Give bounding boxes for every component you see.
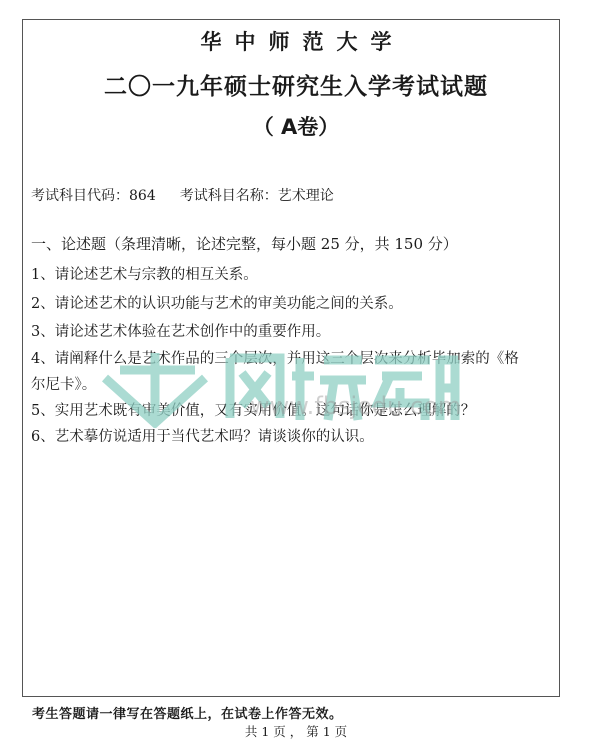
footer-note: 考生答题请一律写在答题纸上，在试卷上作答无效。 bbox=[32, 703, 343, 722]
question-6: 6、艺术摹仿说适用于当代艺术吗？请谈谈你的认识。 bbox=[31, 425, 374, 446]
watermark-url: www.fbsjedu.com bbox=[250, 392, 461, 420]
subject-code: 864 bbox=[129, 188, 156, 204]
subject-name: 艺术理论 bbox=[278, 188, 334, 204]
page-info: 共 1 页 ， 第 1 页 bbox=[0, 722, 592, 740]
question-1: 1、请论述艺术与宗教的相互关系。 bbox=[31, 263, 258, 284]
subject-name-label: 考试科目名称： bbox=[180, 188, 278, 204]
university-name: 华中师范大学 bbox=[0, 26, 592, 56]
question-4-continued: 尔尼卡》。 bbox=[31, 373, 96, 394]
section-title: 一、论述题（条理清晰，论述完整，每小题 25 分，共 150 分） bbox=[31, 233, 458, 254]
subject-code-label: 考试科目代码： bbox=[31, 188, 129, 204]
question-4: 4、请阐释什么是艺术作品的三个层次，并用这三个层次来分析毕加索的《格 bbox=[31, 347, 519, 368]
exam-title: 二〇一九年硕士研究生入学考试试题 bbox=[0, 68, 592, 101]
subject-info: 考试科目代码：864考试科目名称：艺术理论 bbox=[31, 185, 334, 205]
question-3: 3、请论述艺术体验在艺术创作中的重要作用。 bbox=[31, 320, 330, 341]
question-2: 2、请论述艺术的认识功能与艺术的审美功能之间的关系。 bbox=[31, 292, 403, 313]
paper-version: （ A卷） bbox=[0, 111, 592, 141]
